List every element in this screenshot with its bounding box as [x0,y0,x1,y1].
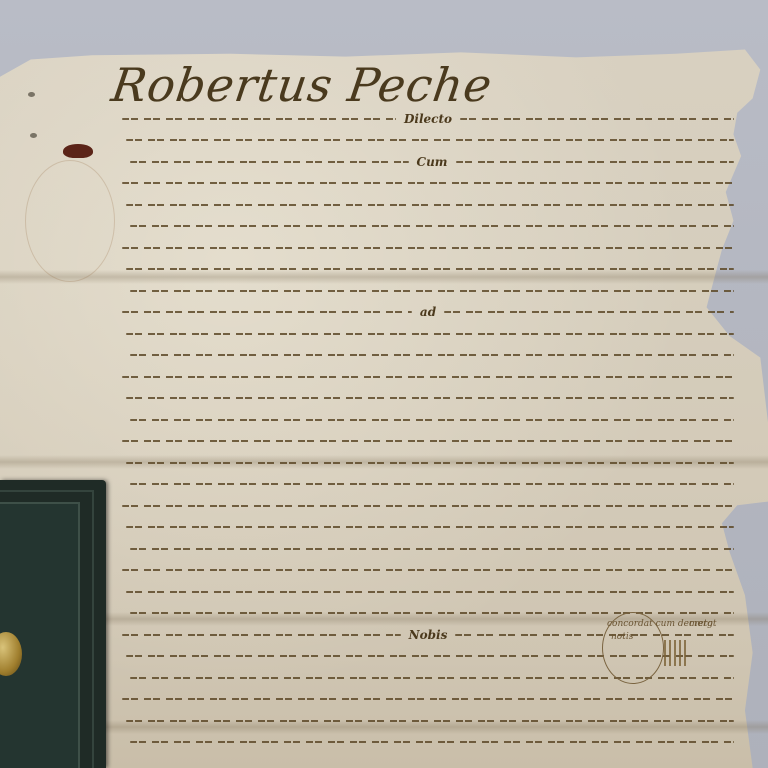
manuscript-line [118,474,738,496]
handwriting-stroke [122,698,734,700]
handwriting-stroke [130,483,734,485]
handwriting-stroke [122,311,412,313]
seal-impression-stain [25,160,115,282]
handwriting-stroke [122,182,734,184]
manuscript-line [118,409,738,431]
handwriting-stroke [126,397,734,399]
green-document-case [0,480,106,768]
manuscript-line: Cum [118,151,738,173]
manuscript-line: Dilecto [118,108,738,130]
manuscript-line [118,194,738,216]
handwriting-stroke [126,204,734,206]
pin-hole [30,133,37,138]
manuscript-line [118,689,738,711]
manuscript-line: ad [118,302,738,324]
manuscript-line [118,732,738,754]
legible-word: Cum [413,155,452,169]
manuscript-line [118,517,738,539]
manuscript-line [118,538,738,560]
handwriting-stroke [126,333,734,335]
manuscript-line [118,173,738,195]
manuscript-line [118,280,738,302]
manuscript-line [118,366,738,388]
handwriting-stroke [126,139,734,141]
manuscript-line [118,345,738,367]
manuscript-line [118,431,738,453]
handwriting-stroke [122,247,734,249]
handwriting-stroke [122,634,401,636]
heading-text: Robertus Peche [108,58,496,112]
notary-line-3: mergt [689,618,747,631]
handwriting-stroke [456,161,735,163]
handwriting-stroke [122,118,396,120]
wax-seal-stain [63,144,93,158]
handwriting-stroke [444,311,734,313]
handwriting-stroke [130,290,734,292]
handwriting-stroke [130,225,734,227]
handwriting-stroke [126,526,734,528]
document-heading: Robertus Peche [108,58,496,112]
manuscript-line [118,388,738,410]
manuscript-line [118,130,738,152]
handwriting-stroke [122,569,734,571]
manuscript-line [118,237,738,259]
handwriting-stroke [122,505,734,507]
notary-annotation: concordat cum decreto notis mergt [607,618,747,631]
manuscript-line [118,323,738,345]
handwriting-stroke [126,720,734,722]
handwriting-stroke [130,354,734,356]
handwriting-stroke [126,462,734,464]
notarial-mark-icon [664,640,686,666]
manuscript-line [118,560,738,582]
handwriting-stroke [130,548,734,550]
handwriting-stroke [130,741,734,743]
legible-word: Nobis [405,628,452,642]
pin-hole [28,92,35,97]
legible-word: ad [416,305,440,319]
handwriting-stroke [126,268,734,270]
handwriting-stroke [126,591,734,593]
manuscript-line [118,216,738,238]
handwriting-stroke [460,118,734,120]
manuscript-line [118,452,738,474]
handwriting-stroke [130,161,409,163]
handwriting-stroke [130,419,734,421]
manuscript-line [118,495,738,517]
manuscript-line [118,259,738,281]
handwriting-stroke [122,376,734,378]
handwriting-stroke [122,440,734,442]
manuscript-line [118,581,738,603]
legible-word: Dilecto [400,112,456,126]
manuscript-line [118,710,738,732]
